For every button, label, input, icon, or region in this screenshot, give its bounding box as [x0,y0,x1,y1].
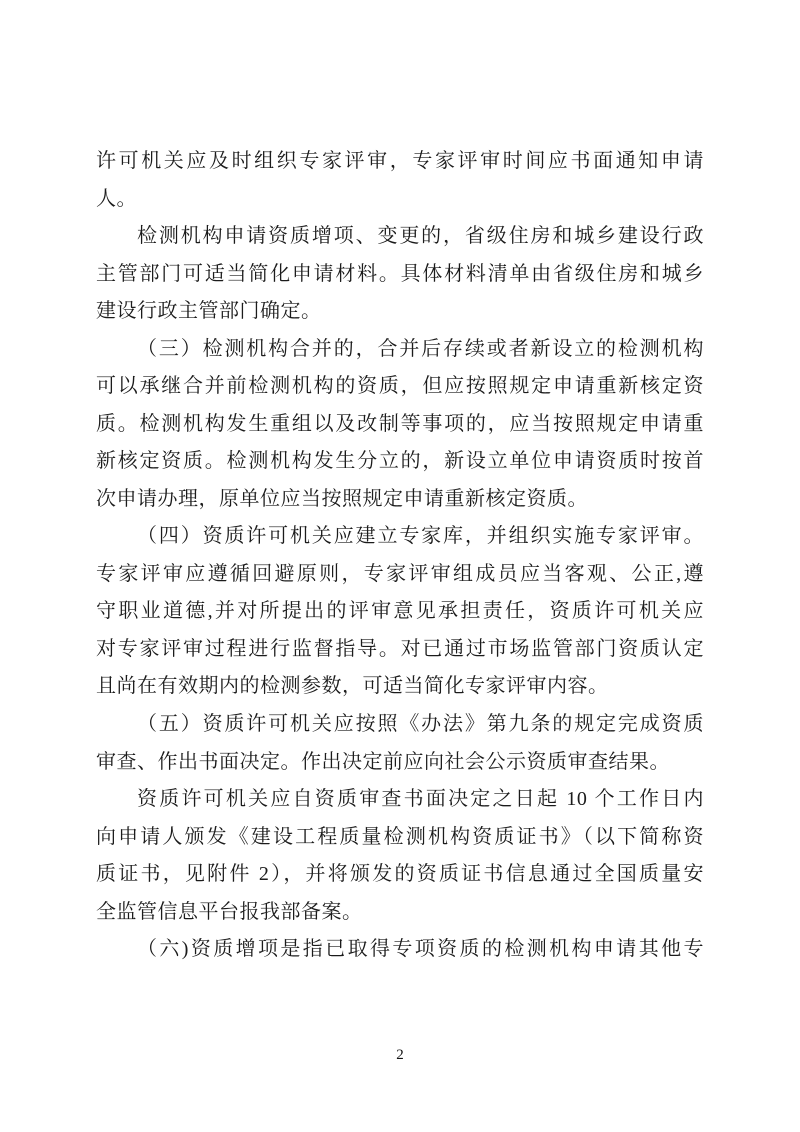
text-line: 检测机构申请资质增项、变更的，省级住房和城乡建设行政 [96,218,704,256]
text-line: 主管部门可适当简化申请材料。具体材料清单由省级住房和城乡 [96,256,704,294]
text-line: 且尚在有效期内的检测参数，可适当简化专家评审内容。 [96,668,704,706]
text-line: 专家评审应遵循回避原则，专家评审组成员应当客观、公正,遵 [96,556,704,594]
text-line: 质。检测机构发生重组以及改制等事项的，应当按照规定申请重 [96,406,704,444]
text-line: 次申请办理，原单位应当按照规定申请重新核定资质。 [96,481,704,519]
text-line: 新核定资质。检测机构发生分立的，新设立单位申请资质时按首 [96,443,704,481]
text-line: 建设行政主管部门确定。 [96,293,704,331]
text-line: 审查、作出书面决定。作出决定前应向社会公示资质审查结果。 [96,744,704,782]
text-line: 可以承继合并前检测机构的资质，但应按照规定申请重新核定资 [96,368,704,406]
text-line: （四）资质许可机关应建立专家库，并组织实施专家评审。 [96,518,704,556]
text-line: 全监管信息平台报我部备案。 [96,894,704,932]
page-footer: 2 [0,1046,800,1064]
text-line: （六)资质增项是指已取得专项资质的检测机构申请其他专 [96,931,704,969]
text-line: 向申请人颁发《建设工程质量检测机构资质证书》（以下简称资 [96,819,704,857]
page-number: 2 [396,1047,404,1063]
text-line: 质证书，见附件 2），并将颁发的资质证书信息通过全国质量安 [96,856,704,894]
text-line: 资质许可机关应自资质审查书面决定之日起 10 个工作日内 [96,781,704,819]
document-content: 许可机关应及时组织专家评审，专家评审时间应书面通知申请人。检测机构申请资质增项、… [96,143,704,969]
text-line: 人。 [96,181,704,219]
text-line: 许可机关应及时组织专家评审，专家评审时间应书面通知申请 [96,143,704,181]
text-line: （三）检测机构合并的，合并后存续或者新设立的检测机构 [96,331,704,369]
document-page: 许可机关应及时组织专家评审，专家评审时间应书面通知申请人。检测机构申请资质增项、… [0,0,800,1132]
text-line: 守职业道德,并对所提出的评审意见承担责任，资质许可机关应 [96,593,704,631]
text-line: 对专家评审过程进行监督指导。对已通过市场监管部门资质认定 [96,631,704,669]
text-line: （五）资质许可机关应按照《办法》第九条的规定完成资质 [96,706,704,744]
